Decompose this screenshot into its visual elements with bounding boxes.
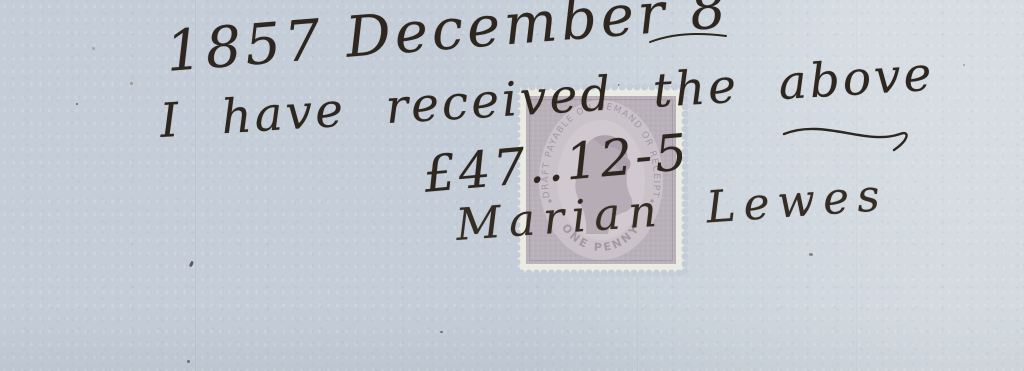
paper-speck bbox=[187, 360, 190, 363]
paper-speck bbox=[92, 47, 95, 50]
paper-speck bbox=[963, 64, 965, 66]
ink-dot bbox=[189, 261, 194, 268]
paper-speck bbox=[130, 82, 133, 85]
receipt-scan: DRAFT PAYABLE ON DEMAND OR RECEIPT ONE P… bbox=[0, 0, 1024, 371]
date-ordinal-suffix: th bbox=[727, 0, 762, 6]
paper-speck bbox=[76, 103, 78, 105]
paper-speck bbox=[809, 253, 813, 256]
body-flourish-stroke bbox=[782, 116, 918, 158]
paper-speck bbox=[440, 331, 443, 333]
